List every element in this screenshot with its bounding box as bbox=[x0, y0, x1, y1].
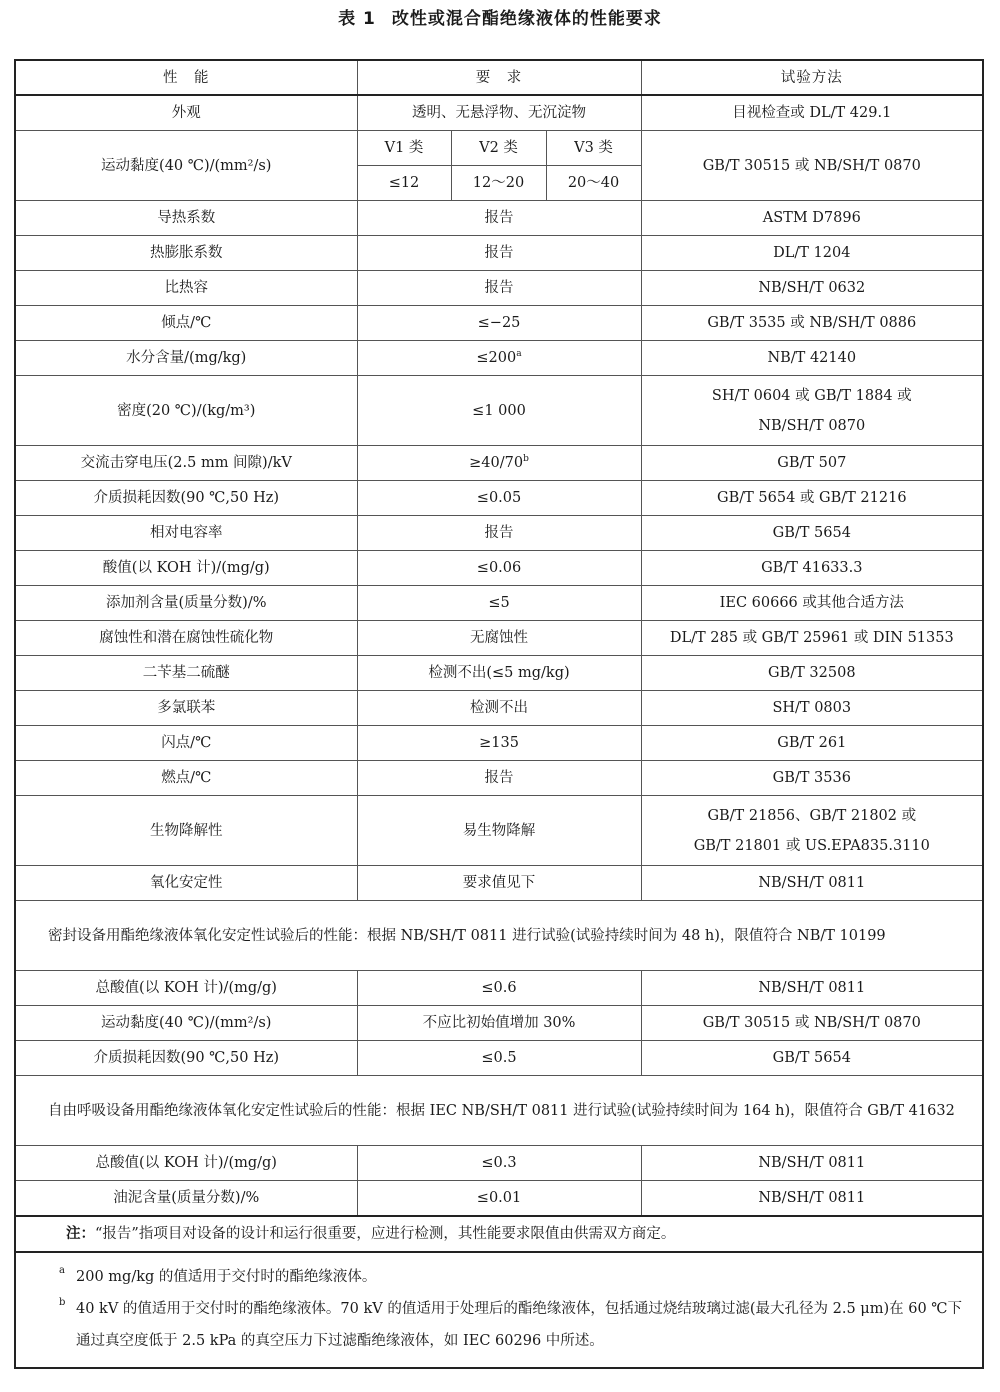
table-row: 闪点/℃ ≥135 GB/T 261 bbox=[15, 726, 983, 761]
table-row: 热膨胀系数 报告 DL/T 1204 bbox=[15, 236, 983, 271]
table-row: 水分含量/(mg/kg) ≤200a NB/T 42140 bbox=[15, 341, 983, 376]
cell-method: GB/T 261 bbox=[641, 726, 983, 761]
cell-property: 比热容 bbox=[15, 271, 357, 306]
cell-property: 导热系数 bbox=[15, 201, 357, 236]
cell-method: NB/SH/T 0811 bbox=[641, 866, 983, 901]
cell-requirement: 易生物降解 bbox=[357, 796, 641, 866]
section-heading: 自由呼吸设备用酯绝缘液体氧化安定性试验后的性能：根据 IEC NB/SH/T 0… bbox=[15, 1076, 983, 1146]
cell-property: 燃点/℃ bbox=[15, 761, 357, 796]
cell-method: NB/T 42140 bbox=[641, 341, 983, 376]
cell-property: 运动黏度(40 ℃)/(mm²/s) bbox=[15, 131, 357, 201]
cell-property: 热膨胀系数 bbox=[15, 236, 357, 271]
table-number: 表 1 bbox=[338, 9, 376, 29]
requirement-value: ≤200 bbox=[476, 350, 516, 366]
cell-property: 二苄基二硫醚 bbox=[15, 656, 357, 691]
cell-property: 相对电容率 bbox=[15, 516, 357, 551]
cell-property: 生物降解性 bbox=[15, 796, 357, 866]
cell-property: 总酸值(以 KOH 计)/(mg/g) bbox=[15, 971, 357, 1006]
cell-method: GB/T 5654 或 GB/T 21216 bbox=[641, 481, 983, 516]
cell-method: NB/SH/T 0811 bbox=[641, 1181, 983, 1217]
note-label: 注： bbox=[66, 1226, 95, 1242]
header-requirement: 要 求 bbox=[357, 60, 641, 95]
table-row: 生物降解性 易生物降解 GB/T 21856、GB/T 21802 或GB/T … bbox=[15, 796, 983, 866]
cell-property: 运动黏度(40 ℃)/(mm²/s) bbox=[15, 1006, 357, 1041]
cell-method: SH/T 0803 bbox=[641, 691, 983, 726]
cell-requirement: ≤0.6 bbox=[357, 971, 641, 1006]
table-row: 倾点/℃ ≤−25 GB/T 3535 或 NB/SH/T 0886 bbox=[15, 306, 983, 341]
table-row: 酸值(以 KOH 计)/(mg/g) ≤0.06 GB/T 41633.3 bbox=[15, 551, 983, 586]
table-row: 添加剂含量(质量分数)/% ≤5 IEC 60666 或其他合适方法 bbox=[15, 586, 983, 621]
table-row: 比热容 报告 NB/SH/T 0632 bbox=[15, 271, 983, 306]
cell-method: IEC 60666 或其他合适方法 bbox=[641, 586, 983, 621]
note-row: 注：“报告”指项目对设备的设计和运行很重要，应进行检测，其性能要求限值由供需双方… bbox=[15, 1216, 983, 1252]
method-line: SH/T 0604 或 GB/T 1884 或 bbox=[644, 381, 981, 411]
method-line: NB/SH/T 0870 bbox=[644, 411, 981, 441]
cell-method: DL/T 285 或 GB/T 25961 或 DIN 51353 bbox=[641, 621, 983, 656]
section-sealed-equipment: 密封设备用酯绝缘液体氧化安定性试验后的性能：根据 NB/SH/T 0811 进行… bbox=[15, 901, 983, 971]
cell-property: 总酸值(以 KOH 计)/(mg/g) bbox=[15, 1146, 357, 1181]
cell-method: GB/T 507 bbox=[641, 446, 983, 481]
cell-method: SH/T 0604 或 GB/T 1884 或NB/SH/T 0870 bbox=[641, 376, 983, 446]
cell-property: 酸值(以 KOH 计)/(mg/g) bbox=[15, 551, 357, 586]
table-row: 总酸值(以 KOH 计)/(mg/g) ≤0.6 NB/SH/T 0811 bbox=[15, 971, 983, 1006]
method-line: GB/T 21856、GB/T 21802 或 bbox=[644, 801, 981, 831]
cell-requirement: ≤5 bbox=[357, 586, 641, 621]
cell-requirement: 报告 bbox=[357, 236, 641, 271]
cell-method: NB/SH/T 0811 bbox=[641, 971, 983, 1006]
cell-property: 交流击穿电压(2.5 mm 间隙)/kV bbox=[15, 446, 357, 481]
cell-property: 外观 bbox=[15, 95, 357, 131]
table-row: 运动黏度(40 ℃)/(mm²/s) 不应比初始值增加 30% GB/T 305… bbox=[15, 1006, 983, 1041]
table-row: 总酸值(以 KOH 计)/(mg/g) ≤0.3 NB/SH/T 0811 bbox=[15, 1146, 983, 1181]
cell-property: 介质损耗因数(90 ℃,50 Hz) bbox=[15, 481, 357, 516]
cell-requirement: ≤0.01 bbox=[357, 1181, 641, 1217]
section-free-breathing-equipment: 自由呼吸设备用酯绝缘液体氧化安定性试验后的性能：根据 IEC NB/SH/T 0… bbox=[15, 1076, 983, 1146]
footnote-mark: b bbox=[59, 1287, 65, 1319]
table-row: 燃点/℃ 报告 GB/T 3536 bbox=[15, 761, 983, 796]
cell-method: GB/T 3536 bbox=[641, 761, 983, 796]
table-row: 密度(20 ℃)/(kg/m³) ≤1 000 SH/T 0604 或 GB/T… bbox=[15, 376, 983, 446]
cell-requirement: 要求值见下 bbox=[357, 866, 641, 901]
cell-requirement: 报告 bbox=[357, 201, 641, 236]
table-row-viscosity-classes: 运动黏度(40 ℃)/(mm²/s) V1 类 V2 类 V3 类 GB/T 3… bbox=[15, 131, 983, 166]
cell-property: 水分含量/(mg/kg) bbox=[15, 341, 357, 376]
performance-requirements-table: 性 能 要 求 试验方法 外观 透明、无悬浮物、无沉淀物 目视检查或 DL/T … bbox=[14, 59, 984, 1369]
cell-property: 密度(20 ℃)/(kg/m³) bbox=[15, 376, 357, 446]
cell-method: GB/T 5654 bbox=[641, 1041, 983, 1076]
cell-class-v1: V1 类 bbox=[357, 131, 451, 166]
method-line: GB/T 21801 或 US.EPA835.3110 bbox=[644, 831, 981, 861]
cell-requirement: ≤0.05 bbox=[357, 481, 641, 516]
cell-method: GB/T 41633.3 bbox=[641, 551, 983, 586]
cell-requirement: ≤200a bbox=[357, 341, 641, 376]
table-row: 油泥含量(质量分数)/% ≤0.01 NB/SH/T 0811 bbox=[15, 1181, 983, 1217]
cell-method: NB/SH/T 0632 bbox=[641, 271, 983, 306]
table-row: 介质损耗因数(90 ℃,50 Hz) ≤0.05 GB/T 5654 或 GB/… bbox=[15, 481, 983, 516]
cell-property: 闪点/℃ bbox=[15, 726, 357, 761]
table-row: 导热系数 报告 ASTM D7896 bbox=[15, 201, 983, 236]
cell-requirement: 无腐蚀性 bbox=[357, 621, 641, 656]
cell-method: GB/T 21856、GB/T 21802 或GB/T 21801 或 US.E… bbox=[641, 796, 983, 866]
cell-method: GB/T 5654 bbox=[641, 516, 983, 551]
cell-method: GB/T 3535 或 NB/SH/T 0886 bbox=[641, 306, 983, 341]
cell-class-v3: V3 类 bbox=[546, 131, 641, 166]
table-title: 表 1改性或混合酯绝缘液体的性能要求 bbox=[0, 6, 1000, 32]
cell-class-v3-value: 20～40 bbox=[546, 166, 641, 201]
cell-property: 油泥含量(质量分数)/% bbox=[15, 1181, 357, 1217]
header-property: 性 能 bbox=[15, 60, 357, 95]
cell-method: DL/T 1204 bbox=[641, 236, 983, 271]
footnote-text: 200 mg/kg 的值适用于交付时的酯绝缘液体。 bbox=[76, 1269, 376, 1285]
cell-property: 倾点/℃ bbox=[15, 306, 357, 341]
cell-requirement: ≥135 bbox=[357, 726, 641, 761]
cell-requirement: 检测不出(≤5 mg/kg) bbox=[357, 656, 641, 691]
footnote-b: b40 kV 的值适用于交付时的酯绝缘液体。70 kV 的值适用于处理后的酯绝缘… bbox=[76, 1293, 970, 1357]
cell-class-v2: V2 类 bbox=[451, 131, 546, 166]
cell-class-v1-value: ≤12 bbox=[357, 166, 451, 201]
cell-requirement: ≥40/70b bbox=[357, 446, 641, 481]
table-caption: 改性或混合酯绝缘液体的性能要求 bbox=[392, 9, 662, 29]
cell-method: GB/T 32508 bbox=[641, 656, 983, 691]
cell-requirement: ≤0.06 bbox=[357, 551, 641, 586]
cell-requirement: ≤1 000 bbox=[357, 376, 641, 446]
cell-method: 目视检查或 DL/T 429.1 bbox=[641, 95, 983, 131]
cell-requirement: 报告 bbox=[357, 516, 641, 551]
footnotes: a200 mg/kg 的值适用于交付时的酯绝缘液体。 b40 kV 的值适用于交… bbox=[15, 1252, 983, 1368]
cell-requirement: ≤0.5 bbox=[357, 1041, 641, 1076]
table-row: 多氯联苯 检测不出 SH/T 0803 bbox=[15, 691, 983, 726]
table-row: 交流击穿电压(2.5 mm 间隙)/kV ≥40/70b GB/T 507 bbox=[15, 446, 983, 481]
table-row: 介质损耗因数(90 ℃,50 Hz) ≤0.5 GB/T 5654 bbox=[15, 1041, 983, 1076]
cell-property: 氧化安定性 bbox=[15, 866, 357, 901]
cell-requirement: ≤0.3 bbox=[357, 1146, 641, 1181]
table-row: 相对电容率 报告 GB/T 5654 bbox=[15, 516, 983, 551]
footnote-ref-a: a bbox=[516, 349, 521, 359]
cell-method: GB/T 30515 或 NB/SH/T 0870 bbox=[641, 131, 983, 201]
cell-requirement: ≤−25 bbox=[357, 306, 641, 341]
note: 注：“报告”指项目对设备的设计和运行很重要，应进行检测，其性能要求限值由供需双方… bbox=[15, 1216, 983, 1252]
requirement-value: ≥40/70 bbox=[469, 455, 523, 471]
table-row: 二苄基二硫醚 检测不出(≤5 mg/kg) GB/T 32508 bbox=[15, 656, 983, 691]
footnotes-row: a200 mg/kg 的值适用于交付时的酯绝缘液体。 b40 kV 的值适用于交… bbox=[15, 1252, 983, 1368]
cell-class-v2-value: 12～20 bbox=[451, 166, 546, 201]
footnote-text: 40 kV 的值适用于交付时的酯绝缘液体。70 kV 的值适用于处理后的酯绝缘液… bbox=[76, 1301, 962, 1349]
cell-property: 介质损耗因数(90 ℃,50 Hz) bbox=[15, 1041, 357, 1076]
header-method: 试验方法 bbox=[641, 60, 983, 95]
footnote-ref-b: b bbox=[523, 454, 529, 464]
cell-requirement: 报告 bbox=[357, 761, 641, 796]
cell-method: ASTM D7896 bbox=[641, 201, 983, 236]
table-row: 氧化安定性 要求值见下 NB/SH/T 0811 bbox=[15, 866, 983, 901]
cell-requirement: 不应比初始值增加 30% bbox=[357, 1006, 641, 1041]
note-text: “报告”指项目对设备的设计和运行很重要，应进行检测，其性能要求限值由供需双方商定… bbox=[95, 1226, 675, 1242]
cell-requirement: 报告 bbox=[357, 271, 641, 306]
cell-method: NB/SH/T 0811 bbox=[641, 1146, 983, 1181]
section-heading: 密封设备用酯绝缘液体氧化安定性试验后的性能：根据 NB/SH/T 0811 进行… bbox=[15, 901, 983, 971]
footnote-a: a200 mg/kg 的值适用于交付时的酯绝缘液体。 bbox=[76, 1261, 970, 1293]
table-header-row: 性 能 要 求 试验方法 bbox=[15, 60, 983, 95]
cell-property: 腐蚀性和潜在腐蚀性硫化物 bbox=[15, 621, 357, 656]
cell-requirement: 检测不出 bbox=[357, 691, 641, 726]
table-row: 外观 透明、无悬浮物、无沉淀物 目视检查或 DL/T 429.1 bbox=[15, 95, 983, 131]
table-row: 腐蚀性和潜在腐蚀性硫化物 无腐蚀性 DL/T 285 或 GB/T 25961 … bbox=[15, 621, 983, 656]
footnote-mark: a bbox=[59, 1255, 65, 1287]
cell-method: GB/T 30515 或 NB/SH/T 0870 bbox=[641, 1006, 983, 1041]
cell-property: 添加剂含量(质量分数)/% bbox=[15, 586, 357, 621]
cell-property: 多氯联苯 bbox=[15, 691, 357, 726]
cell-requirement: 透明、无悬浮物、无沉淀物 bbox=[357, 95, 641, 131]
